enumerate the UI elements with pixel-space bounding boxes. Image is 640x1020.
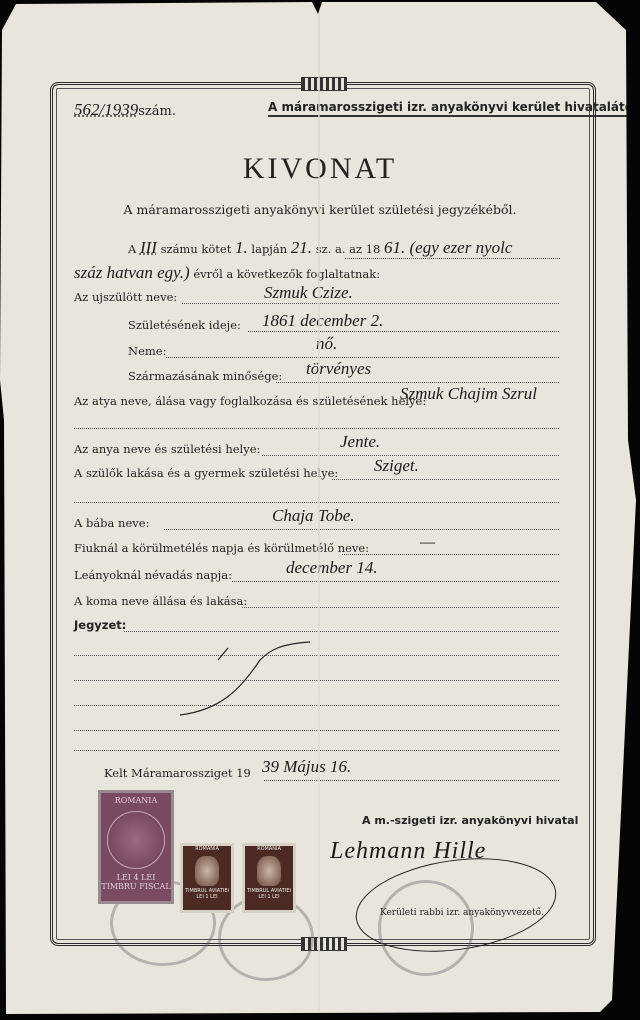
fiscal-stamp-value: LEI 4 LEI [101, 873, 171, 882]
intro-line-1: A III számu kötet 1. lapján 21. sz. a. a… [128, 238, 512, 258]
portrait-medallion-icon [107, 811, 165, 869]
field-value-father: Szmuk Chajim Szrul [400, 384, 537, 404]
volume-label: számu kötet [161, 242, 232, 256]
field-label-naming-day: Leányoknál névadás napja: [74, 568, 232, 582]
field-value-residence: Sziget. [374, 456, 419, 476]
dated-value: 39 Május 16. [262, 757, 351, 777]
intro-suffix: évről a következők foglaltatnak: [193, 267, 380, 281]
document-title: KIVONAT [0, 152, 640, 186]
intro-line-2: száz hatvan egy.) évről a következők fog… [74, 263, 380, 283]
field-value-newborn-name: Szmuk Czize. [264, 283, 353, 303]
entry-value: 21. [291, 238, 312, 257]
field-label-birth-date: Születésének ideje: [128, 318, 241, 332]
field-label-circumcision: Fiuknál a körülmetélés napja és körülmet… [74, 541, 369, 555]
register-number-suffix: szám. [138, 104, 176, 119]
fiscal-stamp-country: ROMANIA [101, 796, 171, 805]
field-label-godparent: A koma neve állása és lakása: [74, 594, 247, 608]
field-value-mother: Jente. [340, 432, 380, 452]
aviation-stamp-country: ROMANIA [183, 846, 231, 852]
field-label-mother: Az anya neve és születési helye: [74, 442, 260, 456]
field-label-sex: Neme: [128, 344, 166, 358]
aviation-stamp-2: ROMANIA TIMBRUL AVIATIEI LEI 1 LEI [242, 843, 296, 913]
register-number-value: 562/1939 [74, 100, 138, 119]
dated-label: Kelt Máramarossziget 19 [104, 766, 251, 780]
volume-value: III [140, 238, 157, 257]
field-label-father: Az atya neve, álása vagy foglalkozása és… [74, 394, 426, 408]
field-label-residence: A szülők lakása és a gyermek születési h… [74, 466, 338, 480]
year-handwritten-2: száz hatvan egy.) [74, 263, 190, 282]
intro-prefix: A [128, 242, 136, 256]
page-label: lapján [251, 242, 287, 256]
issuing-office: A máramarosszigeti izr. anyakönyvi kerül… [268, 100, 640, 117]
field-value-naming-day: december 14. [286, 558, 378, 578]
field-label-notes: Jegyzet: [74, 618, 126, 632]
field-value-legitimacy: törvényes [306, 359, 371, 379]
field-value-birth-date: 1861 december 2. [262, 311, 383, 331]
register-number: 562/1939szám. [74, 100, 176, 120]
field-label-legitimacy: Származásának minősége: [128, 369, 282, 383]
field-label-midwife: A bába neve: [74, 516, 149, 530]
aviation-stamp-country: ROMANIA [245, 846, 293, 852]
strike-through-mark [180, 630, 380, 730]
signature-office: A m.-szigeti izr. anyakönyvi hivatal [362, 814, 578, 827]
aviator-portrait-icon [257, 856, 281, 886]
field-label-newborn-name: Az ujszülött neve: [74, 290, 177, 304]
fiscal-stamp-caption: TIMBRU FISCAL [101, 882, 171, 891]
field-value-sex: nő. [316, 334, 337, 354]
year-handwritten-1: 61. (egy ezer nyolc [384, 238, 512, 257]
ink-seal-right [378, 880, 474, 976]
aviator-portrait-icon [195, 856, 219, 886]
fiscal-stamp: ROMANIA LEI 4 LEI TIMBRU FISCAL [98, 790, 174, 904]
document-paper: 562/1939szám. A máramarosszigeti izr. an… [0, 0, 640, 1020]
field-value-circumcision: — [420, 532, 435, 552]
entry-label: sz. a. az 18 [316, 242, 381, 256]
border-ornament-top [301, 77, 347, 91]
page-value: 1. [235, 238, 248, 257]
aviation-stamp-value: LEI 1 LEI [183, 894, 231, 900]
document-subtitle: A máramarosszigeti anyakönyvi kerület sz… [0, 202, 640, 217]
field-value-midwife: Chaja Tobe. [272, 506, 355, 526]
aviation-stamp-1: ROMANIA TIMBRUL AVIATIEI LEI 1 LEI [180, 843, 234, 913]
aviation-stamp-value: LEI 1 LEI [245, 894, 293, 900]
